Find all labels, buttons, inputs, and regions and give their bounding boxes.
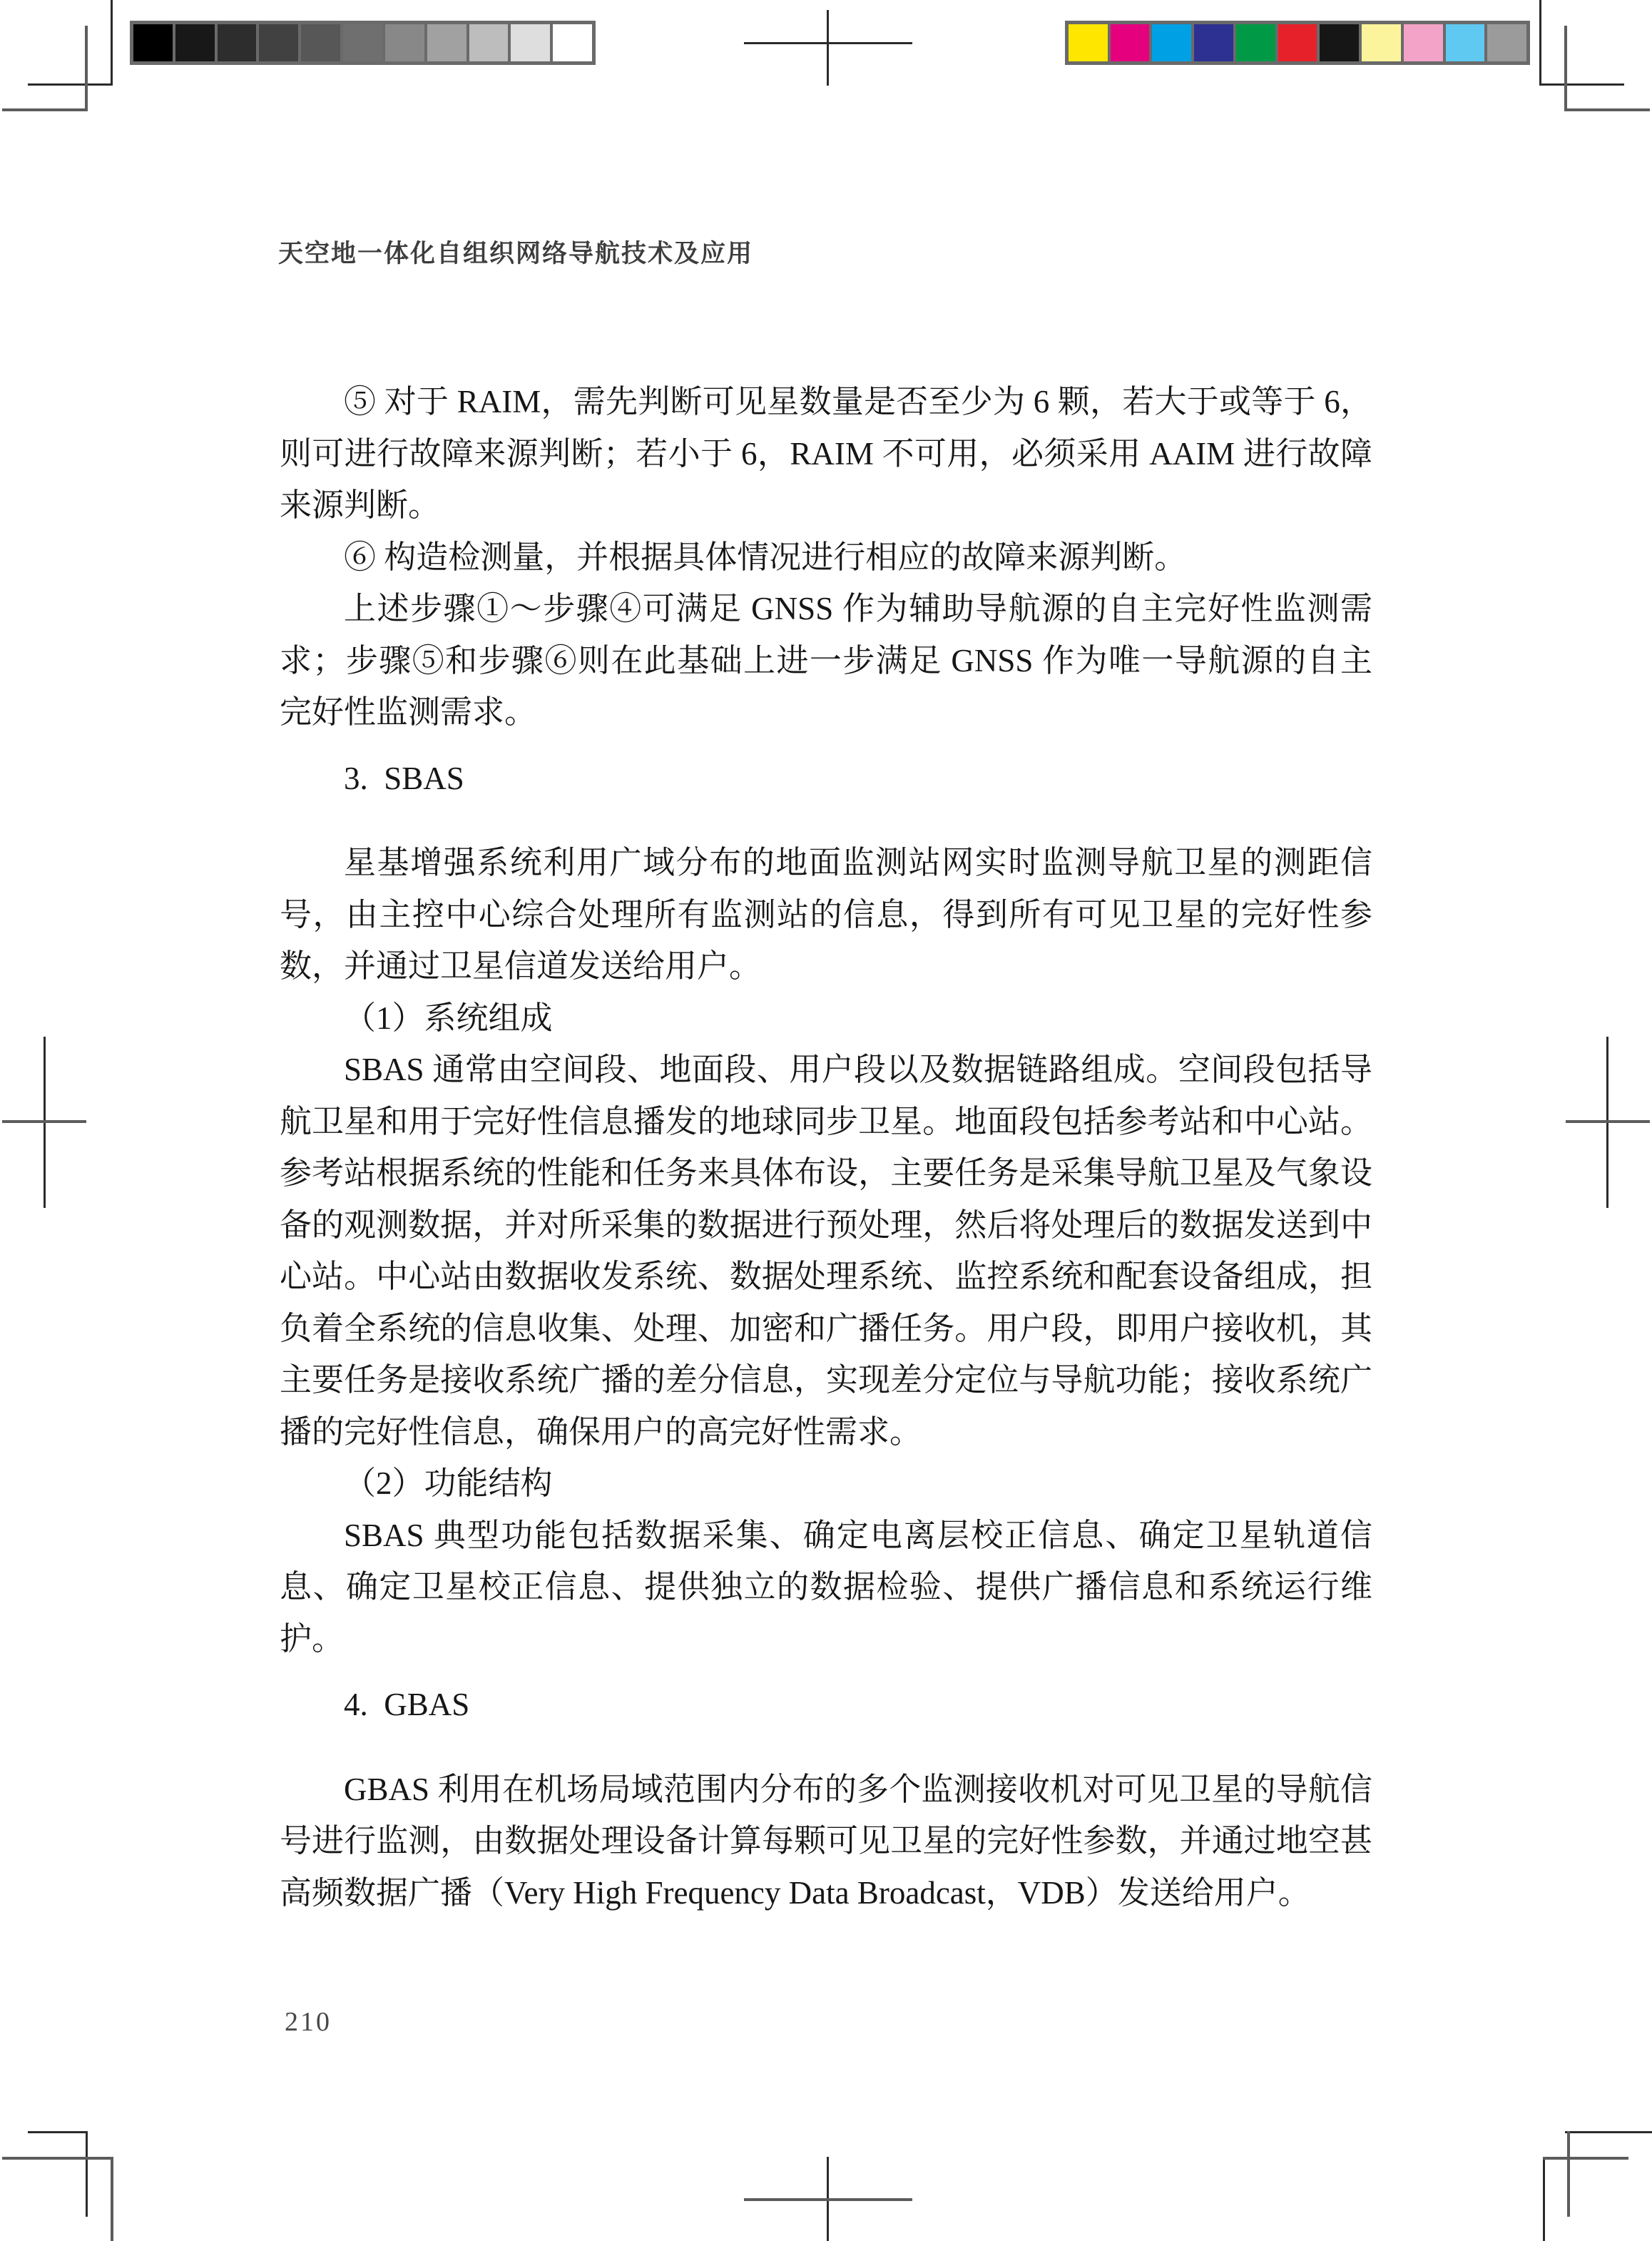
crop-mark-top-center-v [827, 10, 829, 86]
crop-mark-bottom-right-h1 [1565, 2131, 1652, 2133]
paragraph-gbas-intro: GBAS 利用在机场局域范围内分布的多个监测接收机对可见卫星的导航信号进行监测，… [280, 1764, 1372, 1919]
grayscale-swatch [343, 24, 382, 61]
color-swatch [1320, 24, 1359, 61]
crop-mark-top-right-h2 [1564, 108, 1650, 111]
grayscale-calibration-bar [130, 21, 596, 65]
crop-mark-bottom-left-v2 [111, 2157, 113, 2241]
color-calibration-bar [1065, 21, 1530, 65]
crop-mark-top-left-h1 [28, 83, 113, 86]
grayscale-swatch [385, 24, 424, 61]
paragraph-steps-summary: 上述步骤①～步骤④可满足 GNSS 作为辅助导航源的自主完好性监测需求；步骤⑤和… [280, 583, 1372, 738]
crop-mark-bottom-right-v2 [1567, 2131, 1570, 2217]
crop-mark-bottom-center-h [744, 2198, 912, 2201]
crop-mark-top-left-h2 [2, 108, 88, 111]
grayscale-swatch [511, 24, 550, 61]
grayscale-swatch [259, 24, 298, 61]
paragraph-step6: ⑥ 构造检测量，并根据具体情况进行相应的故障来源判断。 [280, 532, 1372, 584]
color-swatch [1446, 24, 1485, 61]
grayscale-swatch [553, 24, 592, 61]
crop-mark-bottom-right-h2 [1543, 2157, 1628, 2160]
grayscale-swatch [175, 24, 215, 61]
crop-mark-top-right-h1 [1539, 83, 1624, 86]
crop-mark-bottom-right-v1 [1543, 2157, 1545, 2241]
color-swatch [1069, 24, 1108, 61]
crop-mark-mid-right-h [1566, 1120, 1650, 1123]
crop-mark-top-center-h [744, 42, 912, 44]
crop-mark-top-right-v1 [1539, 0, 1541, 86]
crop-mark-bottom-left-h2 [2, 2157, 112, 2160]
color-swatch [1278, 24, 1317, 61]
color-swatch [1236, 24, 1275, 61]
grayscale-swatch [427, 24, 466, 61]
crop-mark-top-left-v1 [111, 0, 113, 86]
heading-gbas: 4. GBAS [280, 1679, 1372, 1731]
subheading-function-structure: （2）功能结构 [280, 1458, 1372, 1510]
crop-mark-bottom-left-v1 [86, 2131, 88, 2217]
color-swatch [1194, 24, 1233, 61]
color-swatch [1362, 24, 1401, 61]
heading-sbas: 3. SBAS [280, 753, 1372, 805]
paragraph-sbas-functions: SBAS 典型功能包括数据采集、确定电离层校正信息、确定卫星轨道信息、确定卫星校… [280, 1510, 1372, 1665]
color-swatch [1152, 24, 1191, 61]
color-swatch [1487, 24, 1526, 61]
body-text: ⑤ 对于 RAIM，需先判断可见星数量是否至少为 6 颗，若大于或等于 6，则可… [280, 376, 1372, 1919]
paragraph-step5: ⑤ 对于 RAIM，需先判断可见星数量是否至少为 6 颗，若大于或等于 6，则可… [280, 376, 1372, 532]
grayscale-swatch [133, 24, 173, 61]
page-number: 210 [285, 2006, 332, 2038]
grayscale-swatch [218, 24, 257, 61]
running-head: 天空地一体化自组织网络导航技术及应用 [278, 234, 753, 270]
grayscale-swatch [301, 24, 340, 61]
paragraph-sbas-intro: 星基增强系统利用广域分布的地面监测站网实时监测导航卫星的测距信号，由主控中心综合… [280, 837, 1372, 992]
paragraph-sbas-composition: SBAS 通常由空间段、地面段、用户段以及数据链路组成。空间段包括导航卫星和用于… [280, 1044, 1372, 1458]
book-page: 天空地一体化自组织网络导航技术及应用 ⑤ 对于 RAIM，需先判断可见星数量是否… [0, 0, 1652, 2241]
crop-mark-top-left-v2 [85, 26, 88, 111]
color-swatch [1111, 24, 1150, 61]
subheading-system-composition: （1）系统组成 [280, 992, 1372, 1045]
crop-mark-bottom-left-h1 [28, 2131, 88, 2133]
crop-mark-top-right-v2 [1564, 26, 1567, 111]
color-swatch [1404, 24, 1443, 61]
grayscale-swatch [469, 24, 509, 61]
crop-mark-mid-left-h [2, 1120, 86, 1123]
